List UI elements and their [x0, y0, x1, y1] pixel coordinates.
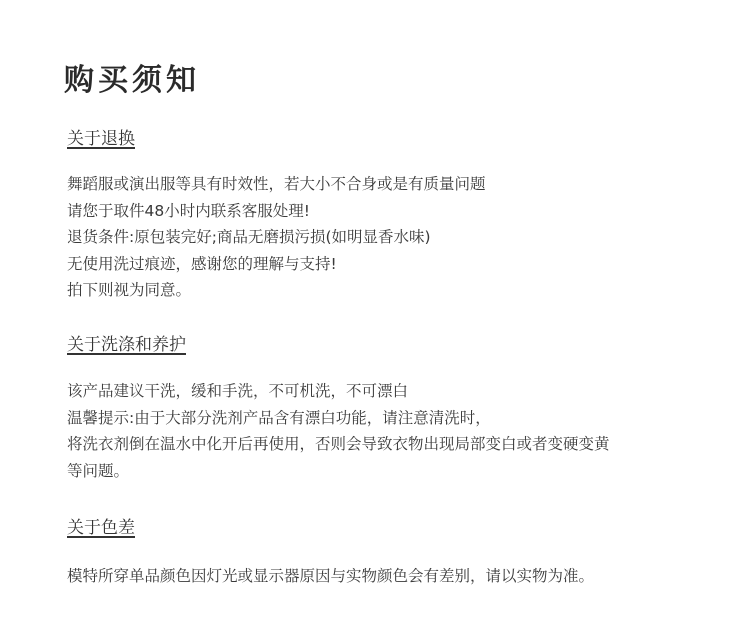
text-line: 无使用洗过痕迹，感谢您的理解与支持! [67, 251, 486, 278]
page-title: 购买须知 [64, 55, 200, 99]
text-line: 温馨提示:由于大部分洗剂产品含有漂白功能，请注意清洗时， [67, 405, 610, 432]
section-heading-color-difference: 关于色差 [67, 513, 135, 538]
returns-paragraph: 舞蹈服或演出服等具有时效性，若大小不合身或是有质量问题 请您于取件48小时内联系… [67, 171, 486, 304]
text-line: 模特所穿单品颜色因灯光或显示器原因与实物颜色会有差别，请以实物为准。 [67, 563, 594, 590]
text-line: 等问题。 [67, 458, 610, 485]
color-difference-paragraph: 模特所穿单品颜色因灯光或显示器原因与实物颜色会有差别，请以实物为准。 [67, 563, 594, 590]
washing-care-paragraph: 该产品建议干洗，缓和手洗，不可机洗，不可漂白 温馨提示:由于大部分洗剂产品含有漂… [67, 378, 610, 484]
section-heading-returns: 关于退换 [67, 124, 135, 149]
text-line: 拍下则视为同意。 [67, 277, 486, 304]
text-line: 将洗衣剂倒在温水中化开后再使用，否则会导致衣物出现局部变白或者变硬变黄 [67, 431, 610, 458]
section-heading-washing-care: 关于洗涤和养护 [67, 330, 186, 355]
text-line: 请您于取件48小时内联系客服处理! [67, 198, 486, 225]
text-line: 该产品建议干洗，缓和手洗，不可机洗，不可漂白 [67, 378, 610, 405]
text-line: 退货条件:原包装完好;商品无磨损污损(如明显香水味) [67, 224, 486, 251]
text-line: 舞蹈服或演出服等具有时效性，若大小不合身或是有质量问题 [67, 171, 486, 198]
